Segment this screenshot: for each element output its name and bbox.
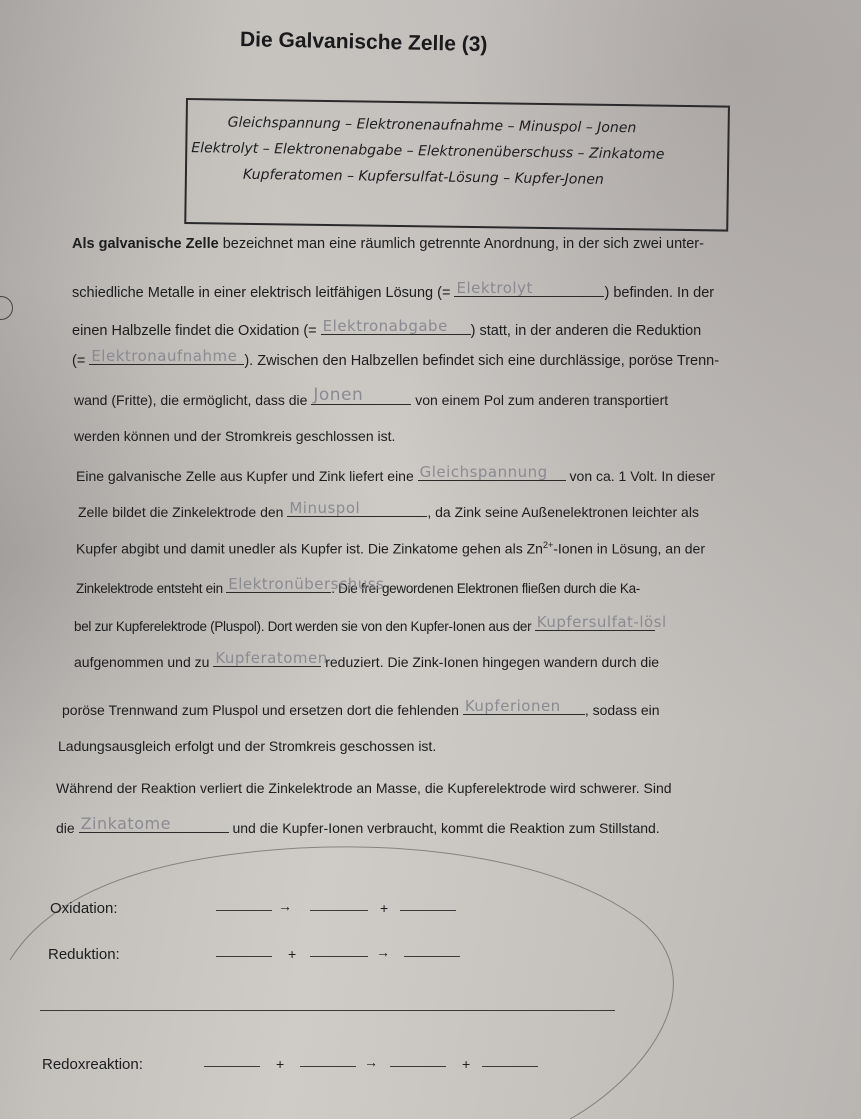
p2-line-2: Zelle bildet die Zinkelektrode den Minus… [78,502,699,520]
reduktion-equation: Reduktion: + → [48,946,468,966]
superscript-charge: 2+ [543,540,553,550]
p1-line-5: wand (Fritte), die ermöglicht, dass die … [74,390,668,408]
answer-pol: Minuspol [289,499,360,517]
blank-loesung[interactable]: Kupfersulfat-lösl [535,616,655,631]
arrow-icon: → [278,898,292,914]
term-galvanische-zelle: Als galvanische Zelle [72,236,219,252]
section-divider [40,1010,615,1011]
reduktion-blank-3[interactable] [404,946,460,957]
redox-blank-4[interactable] [482,1056,538,1067]
p2-line-3-text-b: -Ionen in Lösung, an der [553,541,705,557]
plus-sign: + [276,1056,284,1072]
reduktion-label: Reduktion: [48,946,120,963]
p2-line-5: bel zur Kupferelektrode (Pluspol). Dort … [74,616,655,634]
answer-atome: Kupferatomen [215,649,327,667]
answer-ionen: Jonen [313,385,363,405]
reduktion-blank-1[interactable] [216,946,272,957]
p1-line-2-text-a: schiedliche Metalle in einer elektrisch … [72,285,450,301]
oxidation-label: Oxidation: [50,900,118,917]
worksheet-title: Die Galvanische Zelle (3) [240,28,488,57]
answer-loesung: Kupfersulfat-lösl [537,613,667,631]
arrow-icon: → [376,944,390,960]
p1-line-5-text-a: wand (Fritte), die ermöglicht, dass die [74,392,307,408]
oxidation-blank-3[interactable] [400,900,456,911]
p3-line-1: Während der Reaktion verliert die Zinkel… [56,780,672,796]
p1-line-2: schiedliche Metalle in einer elektrisch … [72,282,714,301]
p2-line-1-text-a: Eine galvanische Zelle aus Kupfer und Zi… [76,468,414,484]
p1-line-2-text-b: ) befinden. In der [604,285,714,301]
word-bank-line-3: Kupferatomen – Kupfersulfat-Lösung – Kup… [243,167,604,188]
redox-blank-3[interactable] [390,1056,446,1067]
blank-pol[interactable]: Minuspol [287,502,427,517]
p1-line-1: Als galvanische Zelle bezeichnet man ein… [72,236,704,252]
p2-line-1-text-b: von ca. 1 Volt. In dieser [570,468,716,484]
answer-oxidation: Elektronabgabe [323,317,448,335]
plus-sign: + [380,900,388,916]
redox-blank-2[interactable] [300,1056,356,1067]
p1-line-3: einen Halbzelle findet die Oxidation (= … [72,320,701,339]
p1-line-4-text-b: ). Zwischen den Halbzellen befindet sich… [244,353,719,369]
p2-line-5-text-a: bel zur Kupferelektrode (Pluspol). Dort … [74,619,531,634]
redox-blank-1[interactable] [204,1056,260,1067]
answer-kupferionen: Kupferionen [465,697,561,715]
p1-line-3-text-b: ) statt, in der anderen die Reduktion [471,323,702,339]
word-bank-box: Gleichspannung – Elektronenaufnahme – Mi… [184,98,730,232]
p1-line-4-text-a: (= [72,353,85,369]
p1-line-1-text: bezeichnet man eine räumlich getrennte A… [219,236,704,252]
p2-line-7: poröse Trennwand zum Pluspol und ersetze… [62,700,660,718]
word-bank-line-2: Elektrolyt – Elektronenabgabe – Elektron… [191,140,664,163]
oxidation-blank-1[interactable] [216,900,272,911]
redox-label: Redoxreaktion: [42,1056,143,1073]
blank-kupferionen[interactable]: Kupferionen [463,700,585,715]
p2-line-6-text-b: reduziert. Die Zink-Ionen hingegen wande… [325,654,659,670]
answer-reduktion: Elektronaufnahme [91,347,237,365]
p2-line-4-text-a: Zinkelektrode entsteht ein [76,581,223,596]
answer-ueberschuss: Elektronüberschuss [228,575,384,593]
blank-zinkatome[interactable]: Zinkatome [79,818,229,833]
blank-spannung[interactable]: Gleichspannung [418,466,566,481]
p1-line-5-text-b: von einem Pol zum anderen transportiert [415,392,668,408]
p2-line-3-text-a: Kupfer abgibt und damit unedler als Kupf… [76,541,543,557]
blank-ionen[interactable]: Jonen [311,390,411,405]
p1-line-6: werden können und der Stromkreis geschlo… [74,428,395,444]
answer-spannung: Gleichspannung [420,463,548,481]
blank-ueberschuss[interactable]: Elektronüberschuss [226,578,331,593]
p2-line-2-text-a: Zelle bildet die Zinkelektrode den [78,504,283,520]
p2-line-3: Kupfer abgibt und damit unedler als Kupf… [76,540,705,557]
p3-line-2-text-b: und die Kupfer-Ionen verbraucht, kommt d… [232,820,659,836]
margin-punch-mark [0,296,13,320]
p3-line-2: die Zinkatome und die Kupfer-Ionen verbr… [56,818,660,836]
plus-sign: + [462,1056,470,1072]
blank-oxidation[interactable]: Elektronabgabe [321,320,471,335]
redox-equation: Redoxreaktion: + → + [42,1056,562,1076]
p2-line-2-text-b: , da Zink seine Außenelektronen leichter… [427,504,699,520]
word-bank-line-1: Gleichspannung – Elektronenaufnahme – Mi… [228,115,637,137]
p1-line-4: (= Elektronaufnahme). Zwischen den Halbz… [72,350,719,369]
p1-line-3-text-a: einen Halbzelle findet die Oxidation (= [72,323,317,339]
blank-elektrolyt[interactable]: Elektrolyt [454,282,604,297]
arrow-icon: → [364,1054,378,1070]
p2-line-7-text-b: , sodass ein [585,702,660,718]
p2-line-6-text-a: aufgenommen und zu [74,654,209,670]
p3-line-2-text-a: die [56,820,75,836]
p2-line-7-text-a: poröse Trennwand zum Pluspol und ersetze… [62,702,459,718]
oxidation-equation: Oxidation: → + [50,900,470,920]
plus-sign: + [288,946,296,962]
oxidation-blank-2[interactable] [310,900,368,911]
answer-elektrolyt: Elektrolyt [456,279,532,297]
answer-zinkatome: Zinkatome [81,814,171,833]
blank-reduktion[interactable]: Elektronaufnahme [89,350,244,365]
blank-atome[interactable]: Kupferatomen [213,652,321,667]
p2-line-6: aufgenommen und zu Kupferatomen reduzier… [74,652,659,670]
p2-line-8: Ladungsausgleich erfolgt und der Stromkr… [58,738,436,754]
p2-line-4: Zinkelektrode entsteht ein Elektronübers… [76,578,640,596]
reduktion-blank-2[interactable] [310,946,368,957]
p2-line-1: Eine galvanische Zelle aus Kupfer und Zi… [76,466,715,484]
